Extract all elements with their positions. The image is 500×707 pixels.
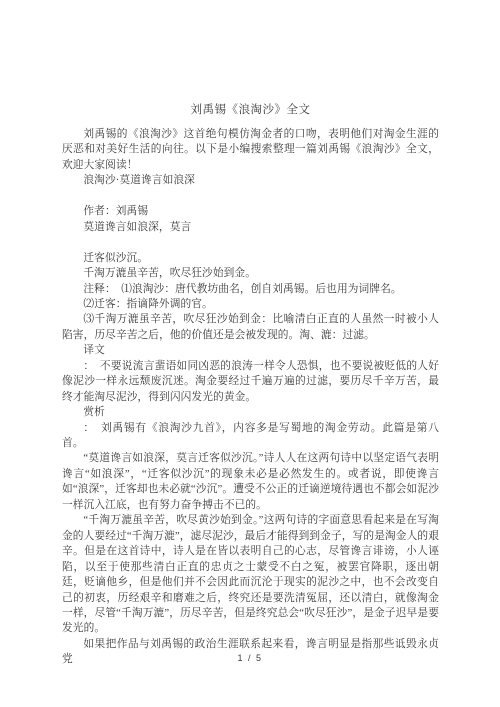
- document-title: 刘禹锡《浪淘沙》全文: [62, 103, 439, 118]
- author-line: 作者：刘禹锡: [62, 204, 439, 219]
- analysis-intro: ： 刘禹锡有《浪淘沙九首》，内容多是写蜀地的淘金劳动。此篇是第八首。: [62, 421, 439, 452]
- note-2: ⑵迁客：指谪降外调的官。: [62, 297, 439, 312]
- poem-subtitle: 浪淘沙·莫道谗言如浪深: [62, 173, 439, 188]
- analysis-paragraph-1: “莫道谗言如浪深，莫言迁客似沙沉。”诗人人在这两句诗中以坚定语气表明谗言“如浪深…: [62, 451, 439, 513]
- paragraph-intro: 刘禹锡的《浪淘沙》这首绝句模仿淘金者的口吻，表明他们对淘金生涯的厌恶和对美好生活…: [62, 127, 439, 173]
- note-3: ⑶千淘万漉虽辛苦，吹尽狂沙始到金：比喻清白正直的人虽然一时被小人陷害，历尽辛苦之…: [62, 312, 439, 343]
- poem-line-1: 莫道谗言如浪深，莫言: [62, 220, 439, 235]
- poem-line-3: 千淘万漉虽辛苦，吹尽狂沙始到金。: [62, 266, 439, 281]
- analysis-heading: 赏析: [62, 405, 439, 420]
- analysis-paragraph-2: “千淘万漉虽辛苦，吹尽黄沙始到金。”这两句诗的字面意思看起来是在写淘金的人要经过…: [62, 513, 439, 637]
- translation-body: ： 不要说流言蜚语如同凶恶的浪涛一样令人恐惧，也不要说被贬低的人好像泥沙一样永远…: [62, 359, 439, 405]
- note-1: 注释： ⑴浪淘沙：唐代教坊曲名，创自刘禹锡。后也用为词牌名。: [62, 282, 439, 297]
- page-number-indicator: 1 / 5: [0, 653, 500, 663]
- document-content: 刘禹锡《浪淘沙》全文 刘禹锡的《浪淘沙》这首绝句模仿淘金者的口吻，表明他们对淘金…: [62, 103, 439, 668]
- blank-line: [62, 189, 439, 204]
- poem-line-2: 迁客似沙沉。: [62, 251, 439, 266]
- translation-heading: 译文: [62, 343, 439, 358]
- blank-line: [62, 235, 439, 250]
- document-page: 刘禹锡《浪淘沙》全文 刘禹锡的《浪淘沙》这首绝句模仿淘金者的口吻，表明他们对淘金…: [0, 0, 500, 707]
